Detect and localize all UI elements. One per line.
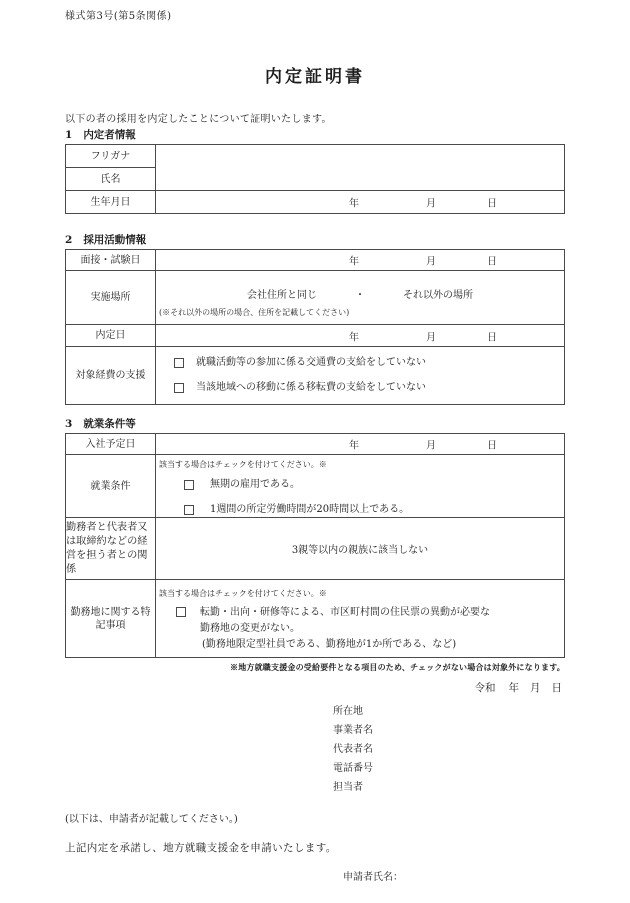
section2-title: 採用活動情報 [83, 233, 146, 247]
table-row: 勤務者と代表者又は取締約などの経営を担う者との関係 3親等以内の親族に該当しない [66, 518, 565, 580]
checkbox-label: 就職活動等の参加に係る交通費の支給をしていない [196, 356, 426, 370]
checkbox-icon[interactable] [174, 358, 184, 368]
worklocation-label: 勤務地に関する特記事項 [66, 580, 156, 658]
issuer-location-label: 所在地 [333, 702, 565, 721]
grant-footnote: ※地方就職支援金の受給要件となる項目のため、チェックがない場合は対象外になります… [65, 662, 565, 673]
applicant-name-label: 申請者氏名： [343, 871, 565, 885]
table-row: 面接・試験日 年 月 日 [66, 250, 565, 271]
day-unit: 日 [487, 195, 497, 210]
checkbox-icon[interactable] [184, 505, 194, 515]
acceptance-statement: 上記内定を承諾し、地方就職支援金を申請いたします。 [65, 841, 565, 855]
worklocation-check-line: 転勤・出向・研修等による、市区町村間の住民票の異動が必要な 勤務地の変更がない。 [176, 605, 564, 637]
document-page: 様式第3号(第5条関係) 内定証明書 以下の者の採用を内定したことについて証明い… [0, 0, 630, 903]
expense-check-line-1: 就職活動等の参加に係る交通費の支給をしていない [174, 356, 564, 370]
issue-date-line: 令和 年 月 日 [65, 681, 565, 695]
venue-option-same[interactable]: 会社住所と同じ [247, 286, 317, 301]
section3-number: 3 [65, 417, 72, 431]
offer-date-input-cell[interactable]: 年 月 日 [156, 325, 565, 347]
issuer-block: 所在地 事業者名 代表者名 電話番号 担当者 [333, 702, 565, 797]
checkbox-label: 1週間の所定労働時間が20時間以上である。 [210, 503, 409, 517]
section2-heading: 2 採用活動情報 [65, 233, 565, 247]
year-unit: 年 [349, 253, 359, 268]
venue-option-separator: ・ [355, 286, 365, 301]
issuer-phone-label: 電話番号 [333, 759, 565, 778]
table-row: 内定日 年 月 日 [66, 325, 565, 347]
month-unit: 月 [426, 195, 436, 210]
applicant-section-note: (以下は、申請者が記載してください。) [65, 813, 565, 826]
month-unit: 月 [530, 681, 541, 695]
venue-options: 会社住所と同じ ・ それ以外の場所 [156, 286, 564, 301]
venue-input-cell[interactable]: 会社住所と同じ ・ それ以外の場所 (※それ以外の場所の場合、住所を記載してくだ… [156, 271, 565, 325]
table-row: 実施場所 会社住所と同じ ・ それ以外の場所 (※それ以外の場所の場合、住所を記… [66, 271, 565, 325]
relation-value: 3親等以内の親族に該当しない [156, 518, 565, 580]
name-label: 氏名 [66, 168, 156, 191]
day-unit: 日 [552, 681, 563, 695]
month-unit: 月 [426, 437, 436, 452]
form-number: 様式第3号(第5条関係) [65, 10, 565, 23]
furigana-label: フリガナ [66, 145, 156, 168]
issuer-representative-label: 代表者名 [333, 740, 565, 759]
month-unit: 月 [426, 253, 436, 268]
name-input-cell[interactable] [156, 145, 565, 191]
offer-date-label: 内定日 [66, 325, 156, 347]
checkbox-icon[interactable] [184, 480, 194, 490]
candidate-info-table: フリガナ 氏名 生年月日 年 月 日 [65, 144, 565, 214]
day-unit: 日 [487, 437, 497, 452]
section3-heading: 3 就業条件等 [65, 417, 565, 431]
birthdate-label: 生年月日 [66, 191, 156, 214]
issuer-business-label: 事業者名 [333, 721, 565, 740]
checkbox-label: 転勤・出向・研修等による、市区町村間の住民票の異動が必要な 勤務地の変更がない。 [200, 605, 490, 637]
year-unit: 年 [509, 681, 520, 695]
expense-support-cell: 就職活動等の参加に係る交通費の支給をしていない 当該地域への移動に係る移転費の支… [156, 347, 565, 405]
issuer-contact-label: 担当者 [333, 778, 565, 797]
section3-title: 就業条件等 [83, 417, 136, 431]
table-row: 就業条件 該当する場合はチェックを付けてください。※ 無期の雇用である。 1週間… [66, 455, 565, 518]
checkbox-label: 無期の雇用である。 [210, 478, 300, 492]
year-unit: 年 [349, 195, 359, 210]
conditions-cell: 該当する場合はチェックを付けてください。※ 無期の雇用である。 1週間の所定労働… [156, 455, 565, 518]
venue-option-other[interactable]: それ以外の場所 [403, 286, 473, 301]
interview-date-input-cell[interactable]: 年 月 日 [156, 250, 565, 271]
year-unit: 年 [349, 437, 359, 452]
join-date-input-cell[interactable]: 年 月 日 [156, 434, 565, 455]
employment-conditions-table: 入社予定日 年 月 日 就業条件 該当する場合はチェックを付けてください。※ 無… [65, 433, 565, 658]
table-row: 生年月日 年 月 日 [66, 191, 565, 214]
conditions-check-line-1: 無期の雇用である。 [184, 478, 564, 492]
section1-number: 1 [65, 128, 72, 142]
recruitment-info-table: 面接・試験日 年 月 日 実施場所 会社住所と同じ ・ それ以外の場所 (※それ… [65, 249, 565, 405]
checkbox-icon[interactable] [174, 383, 184, 393]
table-row: 勤務地に関する特記事項 該当する場合はチェックを付けてください。※ 転勤・出向・… [66, 580, 565, 658]
table-row: フリガナ [66, 145, 565, 168]
conditions-label: 就業条件 [66, 455, 156, 518]
worklocation-check-text-2: 勤務地の変更がない。 [200, 621, 490, 637]
venue-label: 実施場所 [66, 271, 156, 325]
year-unit: 年 [349, 328, 359, 343]
table-row: 入社予定日 年 月 日 [66, 434, 565, 455]
worklocation-check-note: 該当する場合はチェックを付けてください。※ [159, 588, 564, 599]
section2-number: 2 [65, 233, 72, 247]
era-label: 令和 [475, 681, 496, 695]
worklocation-check-text-1: 転勤・出向・研修等による、市区町村間の住民票の異動が必要な [200, 605, 490, 621]
venue-note: (※それ以外の場所の場合、住所を記載してください) [156, 307, 564, 318]
expense-check-line-2: 当該地域への移動に係る移転費の支給をしていない [174, 381, 564, 395]
worklocation-cell: 該当する場合はチェックを付けてください。※ 転勤・出向・研修等による、市区町村間… [156, 580, 565, 658]
intro-statement: 以下の者の採用を内定したことについて証明いたします。 [65, 113, 565, 126]
conditions-check-line-2: 1週間の所定労働時間が20時間以上である。 [184, 503, 564, 517]
conditions-check-note: 該当する場合はチェックを付けてください。※ [159, 459, 564, 470]
page-title: 内定証明書 [65, 65, 565, 89]
expense-support-label: 対象経費の支援 [66, 347, 156, 405]
relation-label: 勤務者と代表者又は取締約などの経営を担う者との関係 [66, 518, 156, 580]
join-date-label: 入社予定日 [66, 434, 156, 455]
day-unit: 日 [487, 328, 497, 343]
checkbox-label: 当該地域への移動に係る移転費の支給をしていない [196, 381, 426, 395]
checkbox-icon[interactable] [176, 607, 186, 617]
section1-heading: 1 内定者情報 [65, 128, 565, 142]
day-unit: 日 [487, 253, 497, 268]
month-unit: 月 [426, 328, 436, 343]
table-row: 対象経費の支援 就職活動等の参加に係る交通費の支給をしていない 当該地域への移動… [66, 347, 565, 405]
birthdate-input-cell[interactable]: 年 月 日 [156, 191, 565, 214]
section1-title: 内定者情報 [83, 128, 136, 142]
worklocation-paren-note: (勤務地限定型社員である、勤務地が1か所である、など) [202, 637, 564, 653]
interview-date-label: 面接・試験日 [66, 250, 156, 271]
